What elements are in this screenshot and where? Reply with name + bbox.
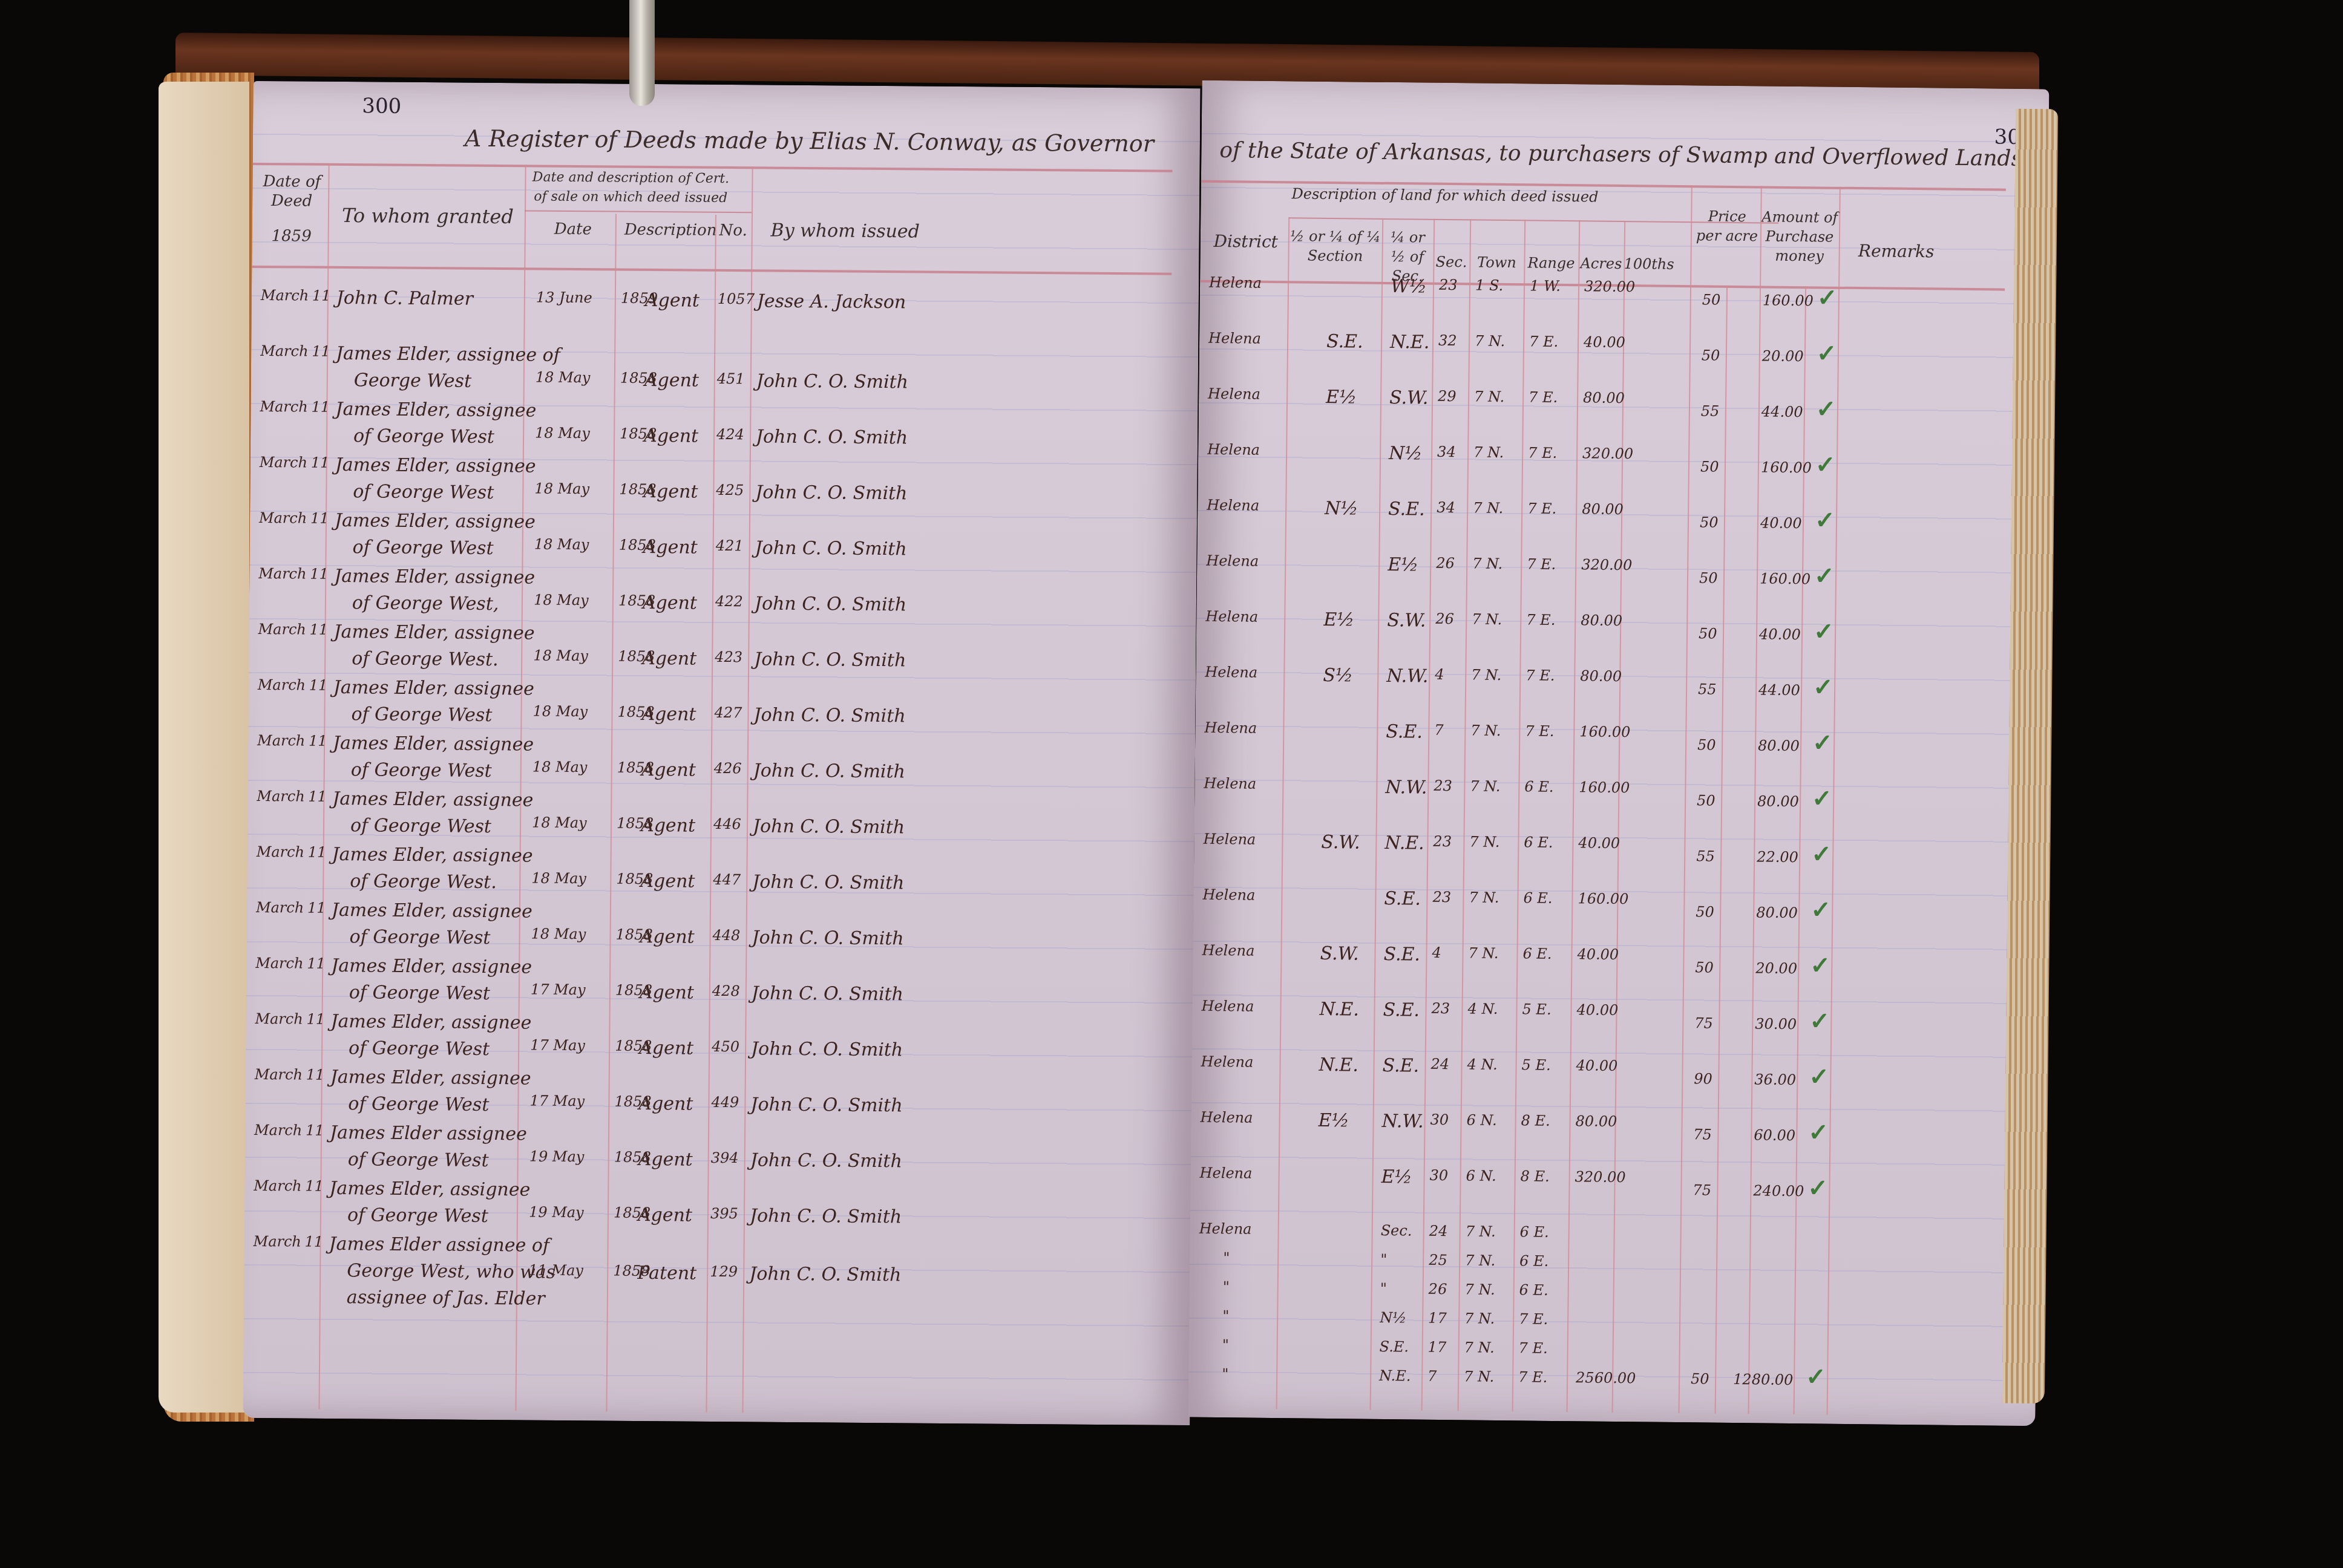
purchase-amount: 160.00 [1763, 292, 1814, 309]
district: Helena [1205, 608, 1258, 626]
purchase-amount: 36.00 [1754, 1071, 1796, 1088]
cert-date: 18 May [534, 592, 589, 609]
section-number: 7 [1427, 1368, 1437, 1385]
page-number-left: 300 [362, 94, 401, 119]
range: 7 E. [1529, 333, 1558, 350]
purchase-amount: 20.00 [1755, 959, 1797, 977]
cert-description: Agent [644, 370, 699, 391]
deed-month: March [258, 676, 306, 694]
grantee-line-2: of George West [349, 982, 490, 1004]
cover-left [159, 82, 249, 1413]
issued-by: John C. O. Smith [752, 927, 903, 949]
township: 7 N. [1469, 833, 1499, 851]
register-title-left: A Register of Deeds made by Elias N. Con… [465, 125, 1154, 157]
cert-description: Agent [643, 537, 698, 558]
section-part: S.E. [1386, 721, 1423, 743]
price-per-acre: 50 [1697, 736, 1716, 753]
range: 7 E. [1519, 1339, 1548, 1357]
grantee: James Elder, assignee [333, 621, 534, 644]
header-remarks: Remarks [1842, 241, 1951, 262]
purchase-amount: 22.00 [1757, 848, 1798, 866]
deed-day: 11 [306, 1011, 325, 1028]
grantee: James Elder, assignee [329, 1178, 530, 1201]
acres: 40.00 [1578, 834, 1620, 852]
register-title-right: of the State of Arkansas, to purchasers … [1219, 138, 2022, 171]
deed-month: March [255, 955, 303, 972]
header-town: Town [1469, 252, 1524, 272]
section-part: S.E. [1383, 944, 1420, 965]
section-part: S.W. [1387, 610, 1426, 632]
township: 7 N. [1465, 1281, 1495, 1298]
section-part: N.W. [1385, 777, 1427, 799]
price-per-acre: 90 [1694, 1070, 1712, 1087]
issued-by: John C. O. Smith [754, 648, 906, 671]
issued-by: John C. O. Smith [756, 370, 908, 393]
range: 5 E. [1521, 1056, 1550, 1074]
purchase-amount: 1280.00 [1733, 1371, 1794, 1388]
issued-by: John C. O. Smith [749, 1263, 901, 1285]
range: 6 E. [1523, 889, 1552, 907]
quarter-section: N.E. [1319, 1054, 1358, 1076]
cert-date: 18 May [536, 369, 591, 387]
deed-day: 11 [306, 1067, 325, 1083]
quarter-section: E½ [1326, 387, 1357, 408]
cert-number: 422 [715, 593, 743, 610]
verified-check-icon: ✓ [1810, 895, 1831, 924]
deed-month: March [256, 899, 304, 916]
price-per-acre: 50 [1699, 625, 1717, 642]
grantee: James Elder, assignee [331, 955, 532, 978]
township: 7 N. [1465, 1252, 1495, 1269]
col-rule [1567, 220, 1581, 1412]
range: 6 E. [1522, 945, 1552, 962]
grantee-line-2: of George West [348, 1093, 489, 1116]
section-number: 7 [1434, 722, 1444, 739]
issued-by: John C. O. Smith [756, 426, 908, 448]
header-to-whom-granted: To whom granted [337, 206, 519, 226]
range: 6 E. [1519, 1252, 1548, 1270]
district: Helena [1204, 719, 1257, 737]
cert-number: 129 [710, 1263, 738, 1280]
district: Helena [1209, 274, 1262, 292]
cert-number: 451 [717, 370, 745, 387]
deed-day: 11 [311, 399, 330, 416]
verified-check-icon: ✓ [1814, 617, 1834, 645]
grantee-line-2: of George West [353, 537, 494, 559]
district: Helena [1203, 831, 1256, 848]
cert-description: Agent [643, 481, 698, 503]
section-part: N.E. [1384, 832, 1424, 854]
purchase-amount: 80.00 [1756, 904, 1798, 921]
grantee: James Elder, assignee [332, 844, 533, 867]
grantee: James Elder, assignee [332, 900, 532, 923]
grantee: James Elder, assignee [334, 566, 535, 589]
district: " [1222, 1307, 1229, 1324]
grantee-line-2: of George West. [352, 648, 499, 670]
range: 6 E. [1524, 778, 1553, 795]
right-page: 301 of the State of Arkansas, to purchas… [1188, 80, 2049, 1426]
section-part: " [1380, 1280, 1387, 1297]
section-part: S.E. [1383, 999, 1420, 1021]
section-number: 34 [1437, 443, 1456, 460]
cert-date: 19 May [529, 1204, 584, 1221]
acres: 320.00 [1582, 445, 1633, 462]
section-number: 34 [1437, 499, 1455, 516]
section-number: 23 [1439, 276, 1458, 293]
township: 6 N. [1466, 1167, 1496, 1184]
section-part: N.W. [1381, 1111, 1423, 1132]
section-part: S.E. [1380, 1338, 1409, 1356]
grantee-line-2: of George West, [352, 592, 499, 615]
verified-check-icon: ✓ [1812, 728, 1833, 757]
township: 7 N. [1473, 443, 1504, 461]
quarter-section: S.E. [1326, 331, 1363, 353]
deed-day: 11 [305, 1233, 324, 1250]
price-per-acre: 50 [1691, 1370, 1709, 1387]
price-per-acre: 55 [1696, 848, 1715, 864]
district: " [1223, 1278, 1230, 1295]
deed-month: March [257, 843, 304, 861]
district: Helena [1206, 552, 1259, 570]
township: 7 N. [1469, 889, 1499, 906]
header-no: No. [718, 221, 749, 240]
cert-date: 18 May [531, 926, 586, 943]
acres: 40.00 [1584, 333, 1625, 351]
verified-check-icon: ✓ [1809, 1062, 1829, 1091]
section-part: " [1380, 1251, 1387, 1268]
range: 1 W. [1530, 277, 1561, 295]
header-date: Date [531, 219, 615, 239]
header-date-of-deed: Date of Deed [258, 172, 325, 211]
cert-description: Agent [644, 425, 698, 447]
purchase-amount: 240.00 [1753, 1182, 1804, 1200]
cert-date: 13 June [536, 289, 592, 307]
section-part: E½ [1381, 1166, 1412, 1188]
cert-date: 11 May [528, 1262, 583, 1279]
col-rule [1276, 217, 1290, 1409]
acres: 40.00 [1576, 1057, 1617, 1074]
section-part: S.E. [1388, 498, 1425, 520]
header-range: Range [1524, 253, 1578, 273]
grantee: James Elder assignee [330, 1122, 527, 1145]
district: " [1222, 1336, 1229, 1353]
purchase-amount: 20.00 [1762, 347, 1804, 365]
cert-number: 1057 [718, 290, 755, 307]
purchase-amount: 40.00 [1759, 626, 1801, 643]
header-rule-bottom [252, 266, 1171, 275]
range: 8 E. [1521, 1112, 1550, 1129]
grantee-line-2: of George West [348, 1149, 489, 1171]
header-amount-purchase-money: Amount of Purchase money [1760, 207, 1839, 266]
district: Helena [1201, 998, 1254, 1015]
verified-check-icon: ✓ [1811, 840, 1832, 868]
section-number: 4 [1435, 666, 1444, 683]
township: 7 N. [1470, 777, 1500, 795]
section-number: 32 [1438, 332, 1457, 349]
cert-number: 394 [711, 1149, 739, 1166]
section-number: 23 [1431, 1000, 1450, 1017]
quarter-section: E½ [1318, 1110, 1349, 1132]
grantee-line-2: of George West [349, 1037, 490, 1060]
purchase-amount: 80.00 [1757, 792, 1799, 810]
acres: 320.00 [1575, 1168, 1626, 1186]
deed-month: March [258, 621, 306, 638]
grantee: James Elder, assignee [332, 788, 533, 811]
page-clip [629, 0, 655, 106]
deed-day: 11 [309, 621, 328, 638]
verified-check-icon: ✓ [1817, 283, 1838, 312]
section-part: N½ [1380, 1309, 1407, 1326]
cert-date: 17 May [529, 1093, 585, 1110]
section-number: 17 [1428, 1339, 1447, 1356]
section-part: S.W. [1389, 387, 1429, 409]
header-hundredths: 100ths [1624, 254, 1672, 274]
price-per-acre: 55 [1698, 681, 1717, 697]
range: 6 E. [1520, 1223, 1549, 1241]
cert-number: 424 [716, 426, 744, 443]
issued-by: John C. O. Smith [755, 482, 907, 504]
price-per-acre: 50 [1695, 959, 1714, 976]
header-by-whom-issued: By whom issued [755, 221, 936, 241]
cert-number: 423 [715, 648, 742, 665]
cert-subheader-rule [525, 210, 752, 213]
township: 7 N. [1466, 1223, 1496, 1240]
deed-month: March [254, 1122, 302, 1139]
acres: 80.00 [1575, 1112, 1617, 1130]
cert-number: 450 [712, 1038, 739, 1055]
cert-number: 426 [714, 760, 742, 777]
issued-by: John C. O. Smith [753, 815, 905, 838]
price-per-acre: 50 [1700, 458, 1719, 475]
range: 7 E. [1525, 667, 1555, 684]
district: Helena [1200, 1165, 1253, 1182]
header-district: District [1204, 232, 1288, 252]
purchase-amount: 160.00 [1761, 459, 1812, 476]
section-number: 4 [1432, 944, 1441, 961]
township: 7 N. [1464, 1339, 1495, 1356]
grantee: James Elder, assignee [330, 1067, 531, 1089]
section-part: Sec. [1381, 1222, 1412, 1240]
grantee-line-2: of George West [351, 759, 492, 782]
range: 7 E. [1526, 611, 1555, 629]
cert-description: Agent [638, 1093, 693, 1115]
section-part: S.E. [1384, 888, 1421, 910]
header-land-group: Description of land for which deed issue… [1291, 184, 1606, 206]
range: 7 E. [1518, 1368, 1547, 1386]
district: Helena [1207, 441, 1260, 459]
deed-month: March [260, 398, 307, 416]
purchase-amount: 44.00 [1758, 681, 1800, 699]
acres: 160.00 [1579, 779, 1630, 796]
quarter-section: N½ [1325, 498, 1358, 520]
acres: 320.00 [1584, 278, 1635, 295]
range: 8 E. [1521, 1168, 1550, 1185]
header-half-or-quarter-section: ½ or ¼ of ¼ Section [1289, 226, 1381, 266]
grantee-line-2: of George West [353, 425, 494, 448]
township: 7 N. [1464, 1368, 1494, 1385]
district: Helena [1208, 330, 1261, 347]
deed-month: March [255, 1010, 303, 1028]
deed-day: 11 [310, 510, 329, 527]
acres: 160.00 [1579, 723, 1630, 740]
cert-date: 18 May [532, 759, 588, 776]
cert-description: Patent [637, 1263, 696, 1284]
deed-month: March [255, 1066, 303, 1083]
cert-description: Agent [645, 290, 700, 312]
deed-month: March [257, 788, 304, 805]
issued-by: John C. O. Smith [752, 982, 903, 1005]
left-page: 300 A Register of Deeds made by Elias N.… [243, 81, 1200, 1425]
grantee: John C. Palmer [336, 287, 473, 310]
cert-description: Agent [641, 704, 696, 725]
quarter-section: E½ [1323, 609, 1354, 631]
header-acres: Acres [1578, 253, 1624, 273]
price-per-acre: 50 [1697, 792, 1715, 809]
verified-check-icon: ✓ [1816, 394, 1837, 423]
section-number: 23 [1434, 777, 1452, 794]
township: 7 N. [1468, 944, 1498, 962]
verified-check-icon: ✓ [1810, 951, 1830, 979]
grantee: James Elder, assignee [330, 1011, 531, 1034]
quarter-section: S.W. [1321, 832, 1360, 854]
grantee: James Elder, assignee [335, 454, 536, 477]
verified-check-icon: ✓ [1815, 506, 1835, 534]
grantee-line-2: of George West [347, 1204, 488, 1227]
quarter-section: N.E. [1319, 999, 1359, 1021]
cert-date: 18 May [531, 870, 586, 887]
cert-description: Agent [643, 592, 697, 614]
district: Helena [1208, 385, 1260, 403]
issued-by: John C. O. Smith [752, 871, 904, 893]
district: Helena [1201, 1109, 1253, 1126]
cert-number: 449 [711, 1094, 739, 1111]
quarter-section: S.W. [1320, 943, 1359, 965]
acres: 80.00 [1580, 667, 1622, 685]
district: " [1222, 1365, 1228, 1382]
grantee: James Elder, assignee [333, 733, 534, 756]
deed-month: March [259, 509, 307, 527]
header-certificate-group: Date and description of Cert. of sale on… [531, 168, 730, 208]
section-number: 17 [1428, 1310, 1447, 1327]
district: Helena [1204, 775, 1256, 792]
district: Helena [1207, 497, 1259, 514]
cert-description: Agent [638, 1149, 693, 1171]
district: Helena [1202, 886, 1255, 904]
verified-check-icon: ✓ [1817, 339, 1837, 367]
section-number: 26 [1429, 1281, 1447, 1298]
purchase-amount: 44.00 [1761, 403, 1803, 420]
cert-date: 18 May [534, 536, 589, 554]
acres: 80.00 [1583, 389, 1625, 407]
cert-date: 18 May [535, 425, 590, 442]
acres: 320.00 [1581, 556, 1632, 573]
section-part: N.E. [1390, 332, 1430, 353]
deed-day: 11 [309, 733, 327, 750]
price-per-acre: 50 [1696, 903, 1714, 920]
cert-description: Agent [640, 982, 694, 1004]
section-part: W½ [1391, 276, 1427, 298]
range: 6 E. [1519, 1281, 1548, 1299]
district: Helena [1202, 942, 1254, 959]
verified-check-icon: ✓ [1815, 450, 1836, 479]
acres: 2560.00 [1576, 1369, 1636, 1387]
price-per-acre: 50 [1700, 514, 1719, 531]
range: 7 E. [1519, 1310, 1548, 1328]
price-per-acre: 75 [1693, 1126, 1712, 1143]
price-per-acre: 55 [1701, 402, 1720, 419]
header-sec: Sec. [1433, 252, 1469, 272]
township: 7 N. [1472, 555, 1502, 572]
section-number: 29 [1438, 388, 1457, 405]
township: 4 N. [1467, 1000, 1498, 1018]
deed-day: 11 [305, 1178, 324, 1195]
grantee-line-2: of George West [349, 926, 490, 949]
grantee-line: George West, who was [347, 1260, 555, 1283]
issued-by: John C. O. Smith [755, 537, 907, 560]
header-year: 1859 [258, 226, 325, 246]
district: Helena [1201, 1053, 1253, 1071]
deed-day: 11 [309, 677, 328, 694]
deed-day: 11 [310, 566, 329, 583]
deed-day: 11 [312, 343, 330, 360]
cert-number: 446 [713, 815, 741, 832]
col-rule [1679, 185, 1693, 1413]
verified-check-icon: ✓ [1813, 673, 1833, 701]
township: 7 N. [1475, 332, 1505, 350]
cert-number: 428 [712, 982, 740, 999]
section-number: 26 [1435, 610, 1454, 627]
purchase-amount: 40.00 [1760, 514, 1802, 532]
range: 6 E. [1524, 834, 1553, 851]
township: 7 N. [1472, 610, 1502, 628]
section-part: E½ [1388, 554, 1418, 576]
deed-day: 11 [307, 900, 326, 916]
acres: 40.00 [1576, 1001, 1618, 1019]
deed-month: March [254, 1177, 301, 1195]
issued-by: John C. O. Smith [750, 1149, 902, 1172]
section-part: N.E. [1379, 1367, 1411, 1385]
cert-date: 19 May [529, 1148, 585, 1166]
range: 5 E. [1522, 1001, 1551, 1018]
issued-by: John C. O. Smith [753, 704, 905, 727]
price-per-acre: 50 [1702, 291, 1721, 308]
section-number: 25 [1429, 1252, 1447, 1269]
section-number: 26 [1436, 555, 1455, 572]
section-part: S.E. [1382, 1055, 1419, 1077]
cert-date: 18 May [534, 480, 589, 498]
cert-date: 18 May [532, 703, 588, 720]
verified-check-icon: ✓ [1808, 1118, 1829, 1146]
district: Helena [1205, 664, 1257, 681]
purchase-amount: 160.00 [1760, 570, 1810, 587]
range: 7 E. [1527, 555, 1556, 573]
deed-month: March [261, 287, 309, 304]
section-number: 23 [1433, 833, 1452, 850]
township: 4 N. [1467, 1056, 1497, 1073]
district: " [1223, 1249, 1230, 1266]
price-per-acre: 50 [1699, 569, 1718, 586]
section-number: 23 [1432, 889, 1451, 906]
grantee: James Elder, assignee [335, 399, 536, 422]
price-per-acre: 75 [1693, 1181, 1711, 1198]
deed-month: March [257, 732, 305, 750]
township: 6 N. [1466, 1111, 1496, 1129]
deed-month: March [260, 454, 307, 471]
township: 7 N. [1470, 722, 1501, 739]
purchase-amount: 80.00 [1758, 737, 1800, 754]
issued-by: John C. O. Smith [753, 760, 905, 782]
cert-description: Agent [639, 1037, 693, 1059]
